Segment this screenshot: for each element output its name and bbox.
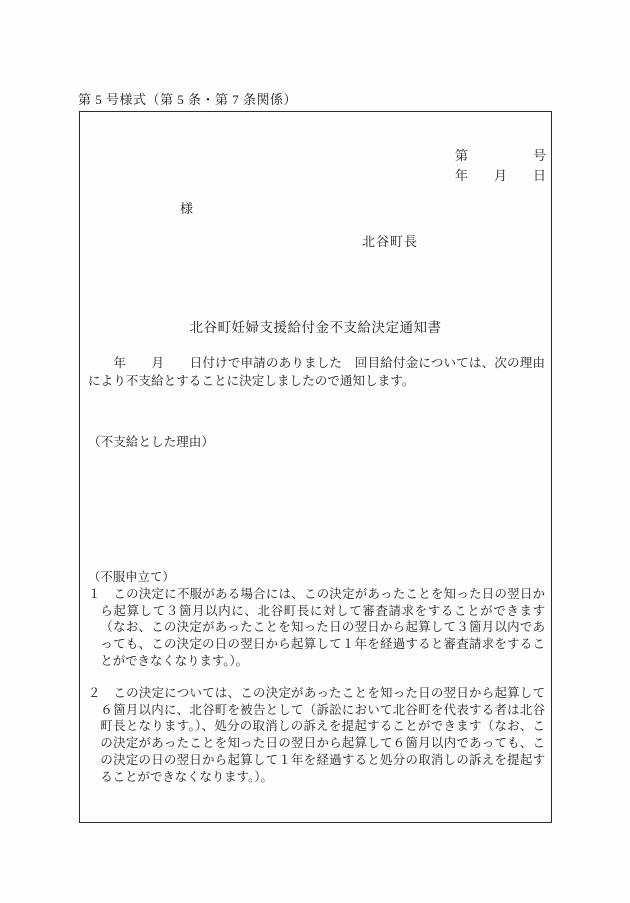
sender-name: 北谷町長 [362, 231, 418, 250]
appeal-label: （不服申立て） [88, 569, 545, 586]
form-number-label: 第 5 号様式（第 5 条・第 7 条関係） [78, 89, 297, 108]
reason-blank-area [88, 452, 545, 562]
document-page: { "form": { "label": "第 5 号様式（第 5 条・第 7 … [0, 0, 630, 903]
document-date-line: 年 月 日 [455, 166, 546, 186]
body-paragraph: 年 月 日付けで申請のありました 回目給付金については、次の理由により不支給とす… [88, 354, 545, 390]
appeal-section: （不服申立て） １ この決定に不服がある場合には、この決定があったことを知った日… [88, 569, 545, 786]
document-title: 北谷町妊婦支援給付金不支給決定通知書 [80, 316, 551, 336]
document-frame: 第 号 年 月 日 様 北谷町長 北谷町妊婦支援給付金不支給決定通知書 年 月 … [79, 111, 552, 823]
appeal-item-1: １ この決定に不服がある場合には、この決定があったことを知った日の翌日から起算し… [88, 586, 545, 670]
appeal-item-2: ２ この決定については、この決定があったことを知った日の翌日から起算して６箇月以… [88, 685, 545, 786]
reason-label: （不支給とした理由） [88, 431, 214, 450]
document-number-block: 第 号 年 月 日 [455, 146, 546, 186]
document-number-line: 第 号 [455, 146, 546, 166]
addressee-suffix: 様 [180, 198, 193, 217]
